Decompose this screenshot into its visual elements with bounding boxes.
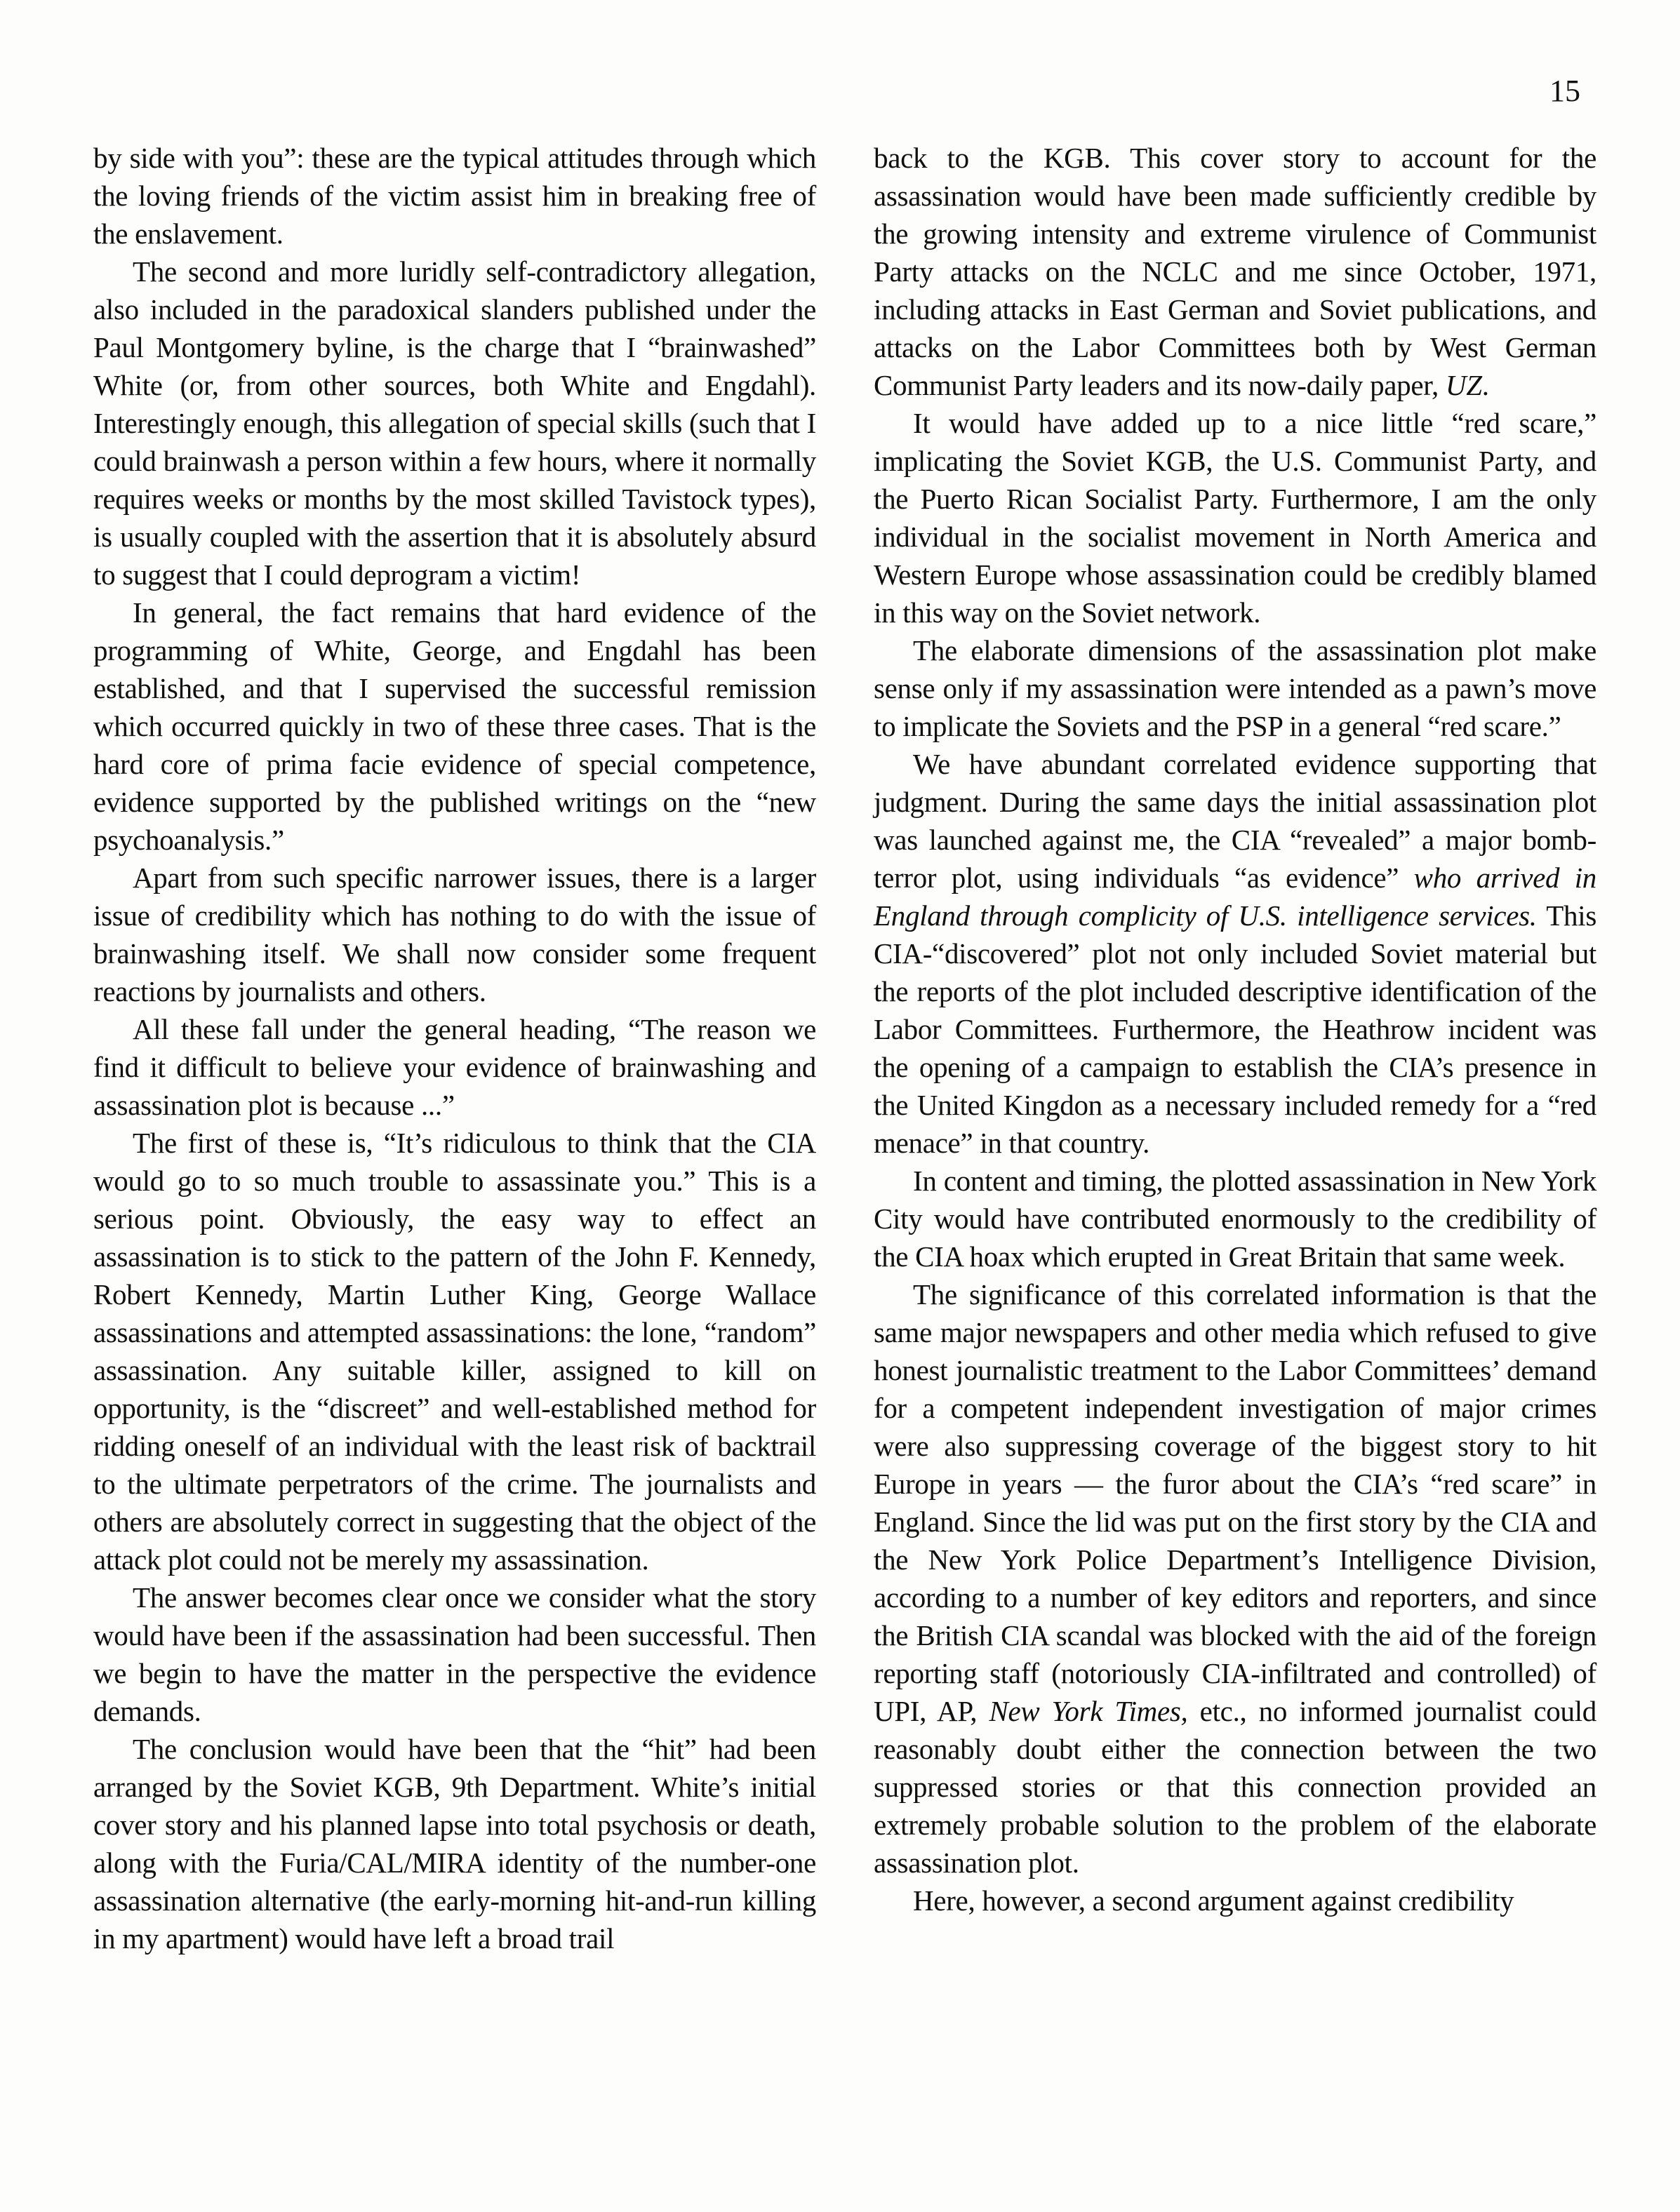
text-run: The conclusion would have been that the … — [93, 1733, 816, 1955]
text-run: The second and more luridly self-contrad… — [93, 255, 816, 591]
paragraph: We have abundant correlated evidence sup… — [874, 745, 1596, 1162]
text-run: In content and timing, the plotted assas… — [874, 1165, 1596, 1273]
paragraph: It would have added up to a nice little … — [874, 404, 1596, 631]
text-run: . — [1482, 369, 1489, 401]
paragraph: All these fall under the general heading… — [93, 1010, 816, 1124]
paragraph: The second and more luridly self-contrad… — [93, 253, 816, 594]
text-run: It would have added up to a nice little … — [874, 407, 1596, 629]
text-run: All these fall under the general heading… — [93, 1013, 816, 1121]
document-page: 15 by side with you”: these are the typi… — [0, 0, 1680, 2212]
paragraph: back to the KGB. This cover story to acc… — [874, 139, 1596, 404]
text-run: In general, the fact remains that hard e… — [93, 596, 816, 856]
paragraph: The elaborate dimensions of the assassin… — [874, 631, 1596, 745]
column-right: back to the KGB. This cover story to acc… — [874, 139, 1596, 1919]
paragraph: The significance of this correlated info… — [874, 1275, 1596, 1882]
paragraph: In content and timing, the plotted assas… — [874, 1162, 1596, 1275]
column-left: by side with you”: these are the typical… — [93, 139, 816, 1957]
text-run: The answer becomes clear once we conside… — [93, 1581, 816, 1727]
text-run: The significance of this correlated info… — [874, 1278, 1596, 1727]
paragraph: In general, the fact remains that hard e… — [93, 594, 816, 859]
text-run: Apart from such specific narrower issues… — [93, 862, 816, 1007]
text-run: The elaborate dimensions of the assassin… — [874, 634, 1596, 742]
text-run: The first of these is, “It’s ridiculous … — [93, 1127, 816, 1576]
text-run: by side with you”: these are the typical… — [93, 142, 816, 250]
text-run: Here, however, a second argument against… — [913, 1884, 1514, 1917]
page-number: 15 — [1549, 76, 1580, 107]
text-run: back to the KGB. This cover story to acc… — [874, 142, 1596, 401]
paragraph: The first of these is, “It’s ridiculous … — [93, 1124, 816, 1578]
paragraph: Here, however, a second argument against… — [874, 1882, 1596, 1919]
paragraph: Apart from such specific narrower issues… — [93, 859, 816, 1010]
italic-text-run: UZ — [1446, 369, 1482, 401]
paragraph: The answer becomes clear once we conside… — [93, 1578, 816, 1730]
text-run: This CIA-“discovered” plot not only incl… — [874, 899, 1596, 1159]
paragraph: by side with you”: these are the typical… — [93, 139, 816, 253]
italic-text-run: New York Times, — [989, 1695, 1187, 1727]
paragraph: The conclusion would have been that the … — [93, 1730, 816, 1957]
